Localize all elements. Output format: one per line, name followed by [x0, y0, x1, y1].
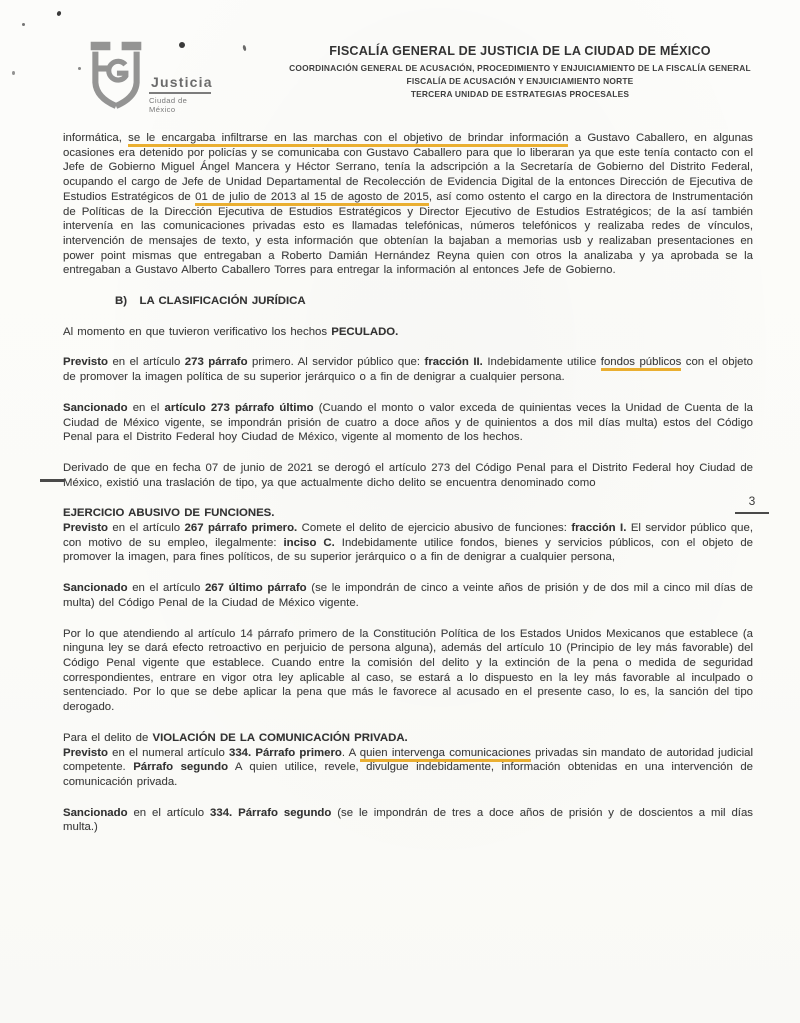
bold-text-run: artículo 273 párrafo último — [165, 402, 314, 414]
bold-text-run: Párrafo segundo — [133, 761, 228, 773]
highlighted-text: fondos públicos — [601, 356, 681, 371]
bold-text-run: fracción II. — [425, 356, 483, 368]
text-run: Comete el delito de ejercicio abusivo de… — [297, 522, 571, 534]
text-run: en el — [128, 402, 165, 414]
bold-text-run: 267 último párrafo — [205, 582, 307, 594]
bold-text-run: VIOLACIÓN DE LA COMUNICACIÓN PRIVADA. — [153, 732, 408, 744]
scan-speck — [179, 42, 185, 48]
wordmark-brand: Justicia — [149, 74, 211, 94]
paragraph-previsto-334: Previsto en el numeral artículo 334. Pár… — [63, 746, 753, 790]
text-run: informática, — [63, 132, 128, 144]
heading-ejercicio-abusivo: EJERCICIO ABUSIVO DE FUNCIONES. — [63, 506, 753, 521]
text-run: primero. Al servidor público que: — [248, 356, 425, 368]
bold-text-run: EJERCICIO ABUSIVO DE FUNCIONES. — [63, 507, 274, 519]
highlighted-text: 01 de julio de 2013 al 15 de agosto de 2… — [195, 191, 429, 206]
scan-speck — [56, 10, 62, 16]
letterhead-sub3: TERCERA UNIDAD DE ESTRATEGIAS PROCESALES — [280, 88, 760, 101]
bold-text-run: 334. Párrafo primero — [229, 747, 342, 759]
paragraph-violacion-titulo: Para el delito de VIOLACIÓN DE LA COMUNI… — [63, 731, 753, 746]
paragraph-retroactividad: Por lo que atendiendo al artículo 14 pár… — [63, 627, 753, 715]
paragraph-sancionado-273: Sancionado en el artículo 273 párrafo úl… — [63, 401, 753, 445]
text-run: en el artículo — [108, 522, 185, 534]
paragraph-sancionado-334: Sancionado en el artículo 334. Párrafo s… — [63, 806, 753, 835]
paragraph-antecedentes: informática, se le encargaba infiltrarse… — [63, 131, 753, 278]
scan-speck — [78, 67, 81, 70]
scan-speck — [12, 71, 15, 75]
scan-margin-dash — [40, 479, 64, 482]
text-run: . A — [342, 747, 360, 759]
text-run: Al momento en que tuvieron verificativo … — [63, 326, 331, 338]
text-run: en el numeral artículo — [108, 747, 229, 759]
text-run: Por lo que atendiendo al artículo 14 pár… — [63, 628, 753, 714]
letterhead-sub1: COORDINACIÓN GENERAL DE ACUSACIÓN, PROCE… — [280, 62, 760, 75]
letterhead-sub2: FISCALÍA DE ACUSACIÓN Y ENJUICIAMIENTO N… — [280, 75, 760, 88]
wordmark-tagline: Ciudad de México — [149, 96, 213, 114]
paragraph-previsto-267: Previsto en el artículo 267 párrafo prim… — [63, 521, 753, 565]
bold-text-run: Sancionado — [63, 807, 128, 819]
letterhead-title: FISCALÍA GENERAL DE JUSTICIA DE LA CIUDA… — [280, 44, 760, 58]
bold-text-run: 267 párrafo primero. — [185, 522, 298, 534]
paragraph-derogacion: Derivado de que en fecha 07 de junio de … — [63, 461, 753, 490]
document-body: informática, se le encargaba infiltrarse… — [63, 131, 753, 851]
justicia-wordmark: Justicia Ciudad de México — [149, 74, 213, 114]
scan-speck — [22, 23, 25, 26]
text-run: en el artículo — [128, 582, 205, 594]
highlighted-text: se le encargaba infiltrarse en las march… — [128, 132, 568, 147]
bold-text-run: Sancionado — [63, 582, 128, 594]
text-run: Para el delito de — [63, 732, 153, 744]
bold-text-run: 273 párrafo — [185, 356, 248, 368]
letterhead: FISCALÍA GENERAL DE JUSTICIA DE LA CIUDA… — [280, 44, 760, 101]
bold-text-run: inciso C. — [284, 537, 335, 549]
bold-text-run: fracción I. — [571, 522, 626, 534]
paragraph-peculado: Al momento en que tuvieron verificativo … — [63, 325, 753, 340]
text-run: Indebidamente utilice — [483, 356, 601, 368]
bold-text-run: Previsto — [63, 356, 108, 368]
fgj-logo-icon — [86, 38, 146, 114]
bold-text-run: 334. Párrafo segundo — [210, 807, 331, 819]
page-number: 3 — [735, 494, 769, 514]
bold-text-run: Previsto — [63, 522, 108, 534]
bold-text-run: Previsto — [63, 747, 108, 759]
highlighted-text: quien intervenga comunicaciones — [360, 747, 531, 762]
text-run: en el artículo — [108, 356, 185, 368]
heading-clasificacion-juridica: B) LA CLASIFICACIÓN JURÍDICA — [115, 294, 753, 309]
bold-text-run: Sancionado — [63, 402, 128, 414]
text-run: en el artículo — [128, 807, 210, 819]
paragraph-previsto-273: Previsto en el artículo 273 párrafo prim… — [63, 355, 753, 384]
scan-speck — [242, 45, 246, 52]
text-run: Derivado de que en fecha 07 de junio de … — [63, 462, 753, 489]
bold-text-run: PECULADO. — [331, 326, 398, 338]
paragraph-sancionado-267: Sancionado en el artículo 267 último pár… — [63, 581, 753, 610]
scanned-document-page: Justicia Ciudad de México FISCALÍA GENER… — [0, 0, 800, 1023]
bold-text-run: B) LA CLASIFICACIÓN JURÍDICA — [115, 295, 306, 307]
